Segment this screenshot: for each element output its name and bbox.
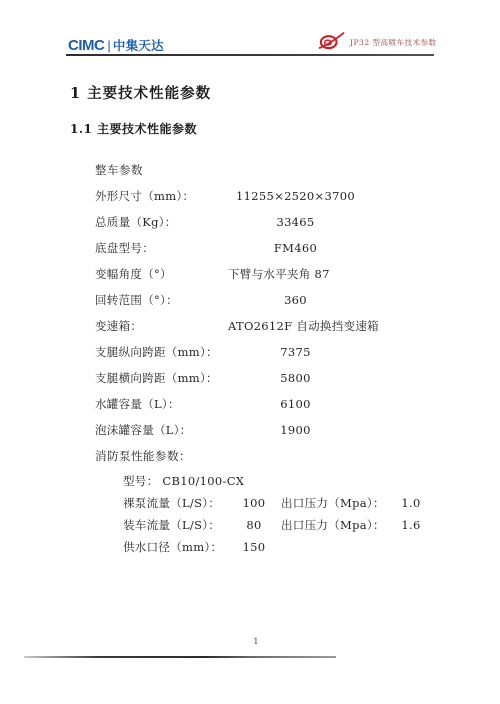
pump-label: 供水口径（mm）： <box>123 539 233 555</box>
spec-value: FM460 <box>228 241 363 255</box>
spec-value: ATO2612F 自动换挡变速箱 <box>228 318 379 334</box>
pump-row-bare-flow: 裸泵流量（L/S）： 100 出口压力（Mpa）： 1.0 <box>123 492 465 514</box>
pump-label-secondary: 出口压力（Mpa）： <box>275 517 393 533</box>
spec-label: 支腿横向跨距（mm）： <box>95 370 228 386</box>
section-heading-vehicle: 整车参数 <box>95 157 465 183</box>
page-number: 1 <box>0 637 500 647</box>
brand-chinese-name: 中集天达 <box>113 36 164 54</box>
spec-row-luffing-angle: 变幅角度（°） 下臂与水平夹角 87 <box>95 261 465 287</box>
spec-row-gearbox: 变速箱： ATO2612F 自动换挡变速箱 <box>95 313 465 339</box>
page-title: 1 主要技术性能参数 <box>70 82 211 103</box>
spec-row-water-tank: 水罐容量（L）： 6100 <box>95 391 465 417</box>
spec-label: 水罐容量（L）： <box>95 396 228 412</box>
doc-logo-group: JP32 型高喷车技术参数 <box>318 30 436 51</box>
spec-value: 33465 <box>228 215 363 229</box>
spec-value: 1900 <box>228 423 363 437</box>
pump-value: 80 <box>233 518 275 532</box>
spec-label: 变幅角度（°） <box>95 266 228 282</box>
document-page: CIMC | 中集天达 JP32 型高喷车技术参数 1 主要技术性能参数 1.1… <box>0 0 500 704</box>
spec-value: 5800 <box>228 371 363 385</box>
pump-label-secondary: 出口压力（Mpa）： <box>275 495 393 511</box>
spec-row-slewing-range: 回转范围（°）： 360 <box>95 287 465 313</box>
pump-value-secondary: 1.0 <box>393 496 429 510</box>
spec-value: 7375 <box>228 345 363 359</box>
spec-value: 下臂与水平夹角 87 <box>228 266 330 282</box>
pump-model-row: 型号： CB10/100-CX <box>123 469 465 492</box>
spec-label: 变速箱： <box>95 318 228 334</box>
red-swirl-logo-icon <box>318 30 346 51</box>
spec-value: 360 <box>228 293 363 307</box>
pump-row-installed-flow: 装车流量（L/S）： 80 出口压力（Mpa）： 1.6 <box>123 514 465 536</box>
spec-label: 回转范围（°）： <box>95 292 228 308</box>
spec-row-outrigger-lateral: 支腿横向跨距（mm）： 5800 <box>95 365 465 391</box>
spec-value: 11255×2520×3700 <box>228 189 363 203</box>
spec-row-foam-tank: 泡沫罐容量（L）： 1900 <box>95 417 465 443</box>
pump-label: 裸泵流量（L/S）： <box>123 495 233 511</box>
spec-label: 底盘型号： <box>95 240 228 256</box>
brand-separator: | <box>107 38 111 53</box>
spec-row-outrigger-longitudinal: 支腿纵向跨距（mm）： 7375 <box>95 339 465 365</box>
pump-value-secondary: 1.6 <box>393 518 429 532</box>
spec-row-gross-mass: 总质量（Kg）： 33465 <box>95 209 465 235</box>
spec-label: 泡沫罐容量（L）： <box>95 422 228 438</box>
cimc-logo: CIMC | 中集天达 <box>68 36 164 54</box>
spec-label: 支腿纵向跨距（mm）： <box>95 344 228 360</box>
section-subtitle: 1.1 主要技术性能参数 <box>70 120 197 137</box>
pump-value: 100 <box>233 496 275 510</box>
pump-model-value: CB10/100-CX <box>162 474 244 488</box>
spec-row-dimensions: 外形尺寸（mm）： 11255×2520×3700 <box>95 183 465 209</box>
spec-list: 整车参数 外形尺寸（mm）： 11255×2520×3700 总质量（Kg）： … <box>95 157 465 558</box>
pump-model-label: 型号： <box>123 473 158 489</box>
footer-divider <box>24 656 336 658</box>
spec-label: 外形尺寸（mm）： <box>95 188 228 204</box>
pump-value: 150 <box>233 540 275 554</box>
spec-label: 总质量（Kg）： <box>95 214 228 230</box>
doc-label: JP32 型高喷车技术参数 <box>350 37 436 48</box>
section-heading-pump: 消防泵性能参数： <box>95 443 465 469</box>
pump-label: 装车流量（L/S）： <box>123 517 233 533</box>
spec-value: 6100 <box>228 397 363 411</box>
cimc-wordmark: CIMC <box>68 37 104 54</box>
pump-row-inlet-diameter: 供水口径（mm）： 150 <box>123 536 465 558</box>
header-divider <box>66 54 434 56</box>
spec-row-chassis-model: 底盘型号： FM460 <box>95 235 465 261</box>
